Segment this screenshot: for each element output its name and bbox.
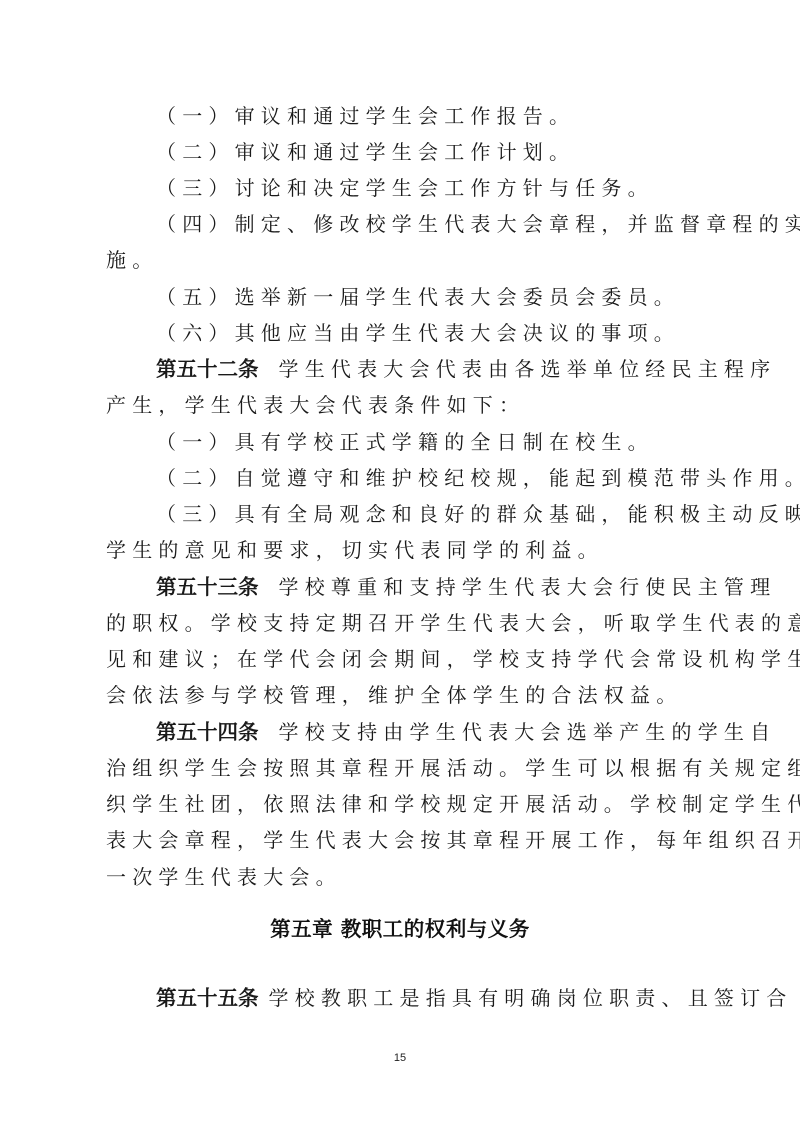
list-item: （四）制定、修改校学生代表大会章程，并监督章程的实 [156,206,800,242]
list-item: （六）其他应当由学生代表大会决议的事项。 [156,315,680,351]
article-heading: 第五十二条 [156,357,259,381]
article-heading: 第五十三条 [156,575,259,599]
list-item-text: 学生的意见和要求，切实代表同学的利益。 [106,538,604,562]
list-item-text: （二）自觉遵守和维护校纪校规，能起到模范带头作用。 [156,466,800,490]
article-line: 治组织学生会按照其章程开展活动。学生可以根据有关规定组 [106,750,800,786]
list-item-text: （一）审议和通过学生会工作报告。 [156,104,575,128]
list-item-continuation: 施。 [106,242,158,278]
article-53: 第五十三条学校尊重和支持学生代表大会行使民主管理 [156,569,776,605]
chapter-title: 第五章 教职工的权利与义务 [0,912,800,942]
list-item-text: （二）审议和通过学生会工作计划。 [156,140,575,164]
article-text: 学校尊重和支持学生代表大会行使民主管理 [279,575,777,599]
list-item: （一）审议和通过学生会工作报告。 [156,98,575,134]
list-item: （二）自觉遵守和维护校纪校规，能起到模范带头作用。 [156,460,800,496]
list-item-text: （四）制定、修改校学生代表大会章程，并监督章程的实 [156,212,800,236]
list-item: （三）具有全局观念和良好的群众基础，能积极主动反映 [156,496,800,532]
document-page: （一）审议和通过学生会工作报告。 （二）审议和通过学生会工作计划。 （三）讨论和… [0,0,800,1131]
article-line: 一次学生代表大会。 [106,859,342,895]
article-heading: 第五十五条 [156,986,259,1010]
page-number: 15 [0,1052,800,1064]
list-item-text: （六）其他应当由学生代表大会决议的事项。 [156,321,680,345]
list-item: （三）讨论和决定学生会工作方针与任务。 [156,170,654,206]
list-item-continuation: 学生的意见和要求，切实代表同学的利益。 [106,532,604,568]
article-line: 表大会章程，学生代表大会按其章程开展工作，每年组织召开 [106,822,800,858]
article-line: 产生，学生代表大会代表条件如下： [106,387,525,423]
article-54: 第五十四条学校支持由学生代表大会选举产生的学生自 [156,714,776,750]
article-line: 会依法参与学校管理，维护全体学生的合法权益。 [106,677,682,713]
article-55: 第五十五条学校教职工是指具有明确岗位职责、且签订合 [156,980,793,1016]
article-text: 见和建议；在学代会闭会期间，学校支持学代会常设机构学生 [106,647,800,671]
article-line: 的职权。学校支持定期召开学生代表大会，听取学生代表的意 [106,605,800,641]
article-heading: 第五十四条 [156,720,259,744]
list-item-text: （五）选举新一届学生代表大会委员会委员。 [156,285,680,309]
list-item-text: （一）具有学校正式学籍的全日制在校生。 [156,430,654,454]
article-text: 学校教职工是指具有明确岗位职责、且签订合 [269,986,793,1010]
article-text: 学校支持由学生代表大会选举产生的学生自 [279,720,777,744]
list-item-text: 施。 [106,248,158,272]
article-text: 的职权。学校支持定期召开学生代表大会，听取学生代表的意 [106,611,800,635]
article-text: 治组织学生会按照其章程开展活动。学生可以根据有关规定组 [106,756,800,780]
list-item-text: （三）讨论和决定学生会工作方针与任务。 [156,176,654,200]
article-line: 见和建议；在学代会闭会期间，学校支持学代会常设机构学生 [106,641,800,677]
list-item: （二）审议和通过学生会工作计划。 [156,134,575,170]
article-text: 一次学生代表大会。 [106,865,342,889]
article-text: 学生代表大会代表由各选举单位经民主程序 [279,357,777,381]
article-52: 第五十二条学生代表大会代表由各选举单位经民主程序 [156,351,776,387]
article-line: 织学生社团，依照法律和学校规定开展活动。学校制定学生代 [106,786,800,822]
article-text: 织学生社团，依照法律和学校规定开展活动。学校制定学生代 [106,792,800,816]
article-text: 表大会章程，学生代表大会按其章程开展工作，每年组织召开 [106,828,800,852]
article-text: 产生，学生代表大会代表条件如下： [106,393,525,417]
list-item-text: （三）具有全局观念和良好的群众基础，能积极主动反映 [156,502,800,526]
list-item: （一）具有学校正式学籍的全日制在校生。 [156,424,654,460]
article-text: 会依法参与学校管理，维护全体学生的合法权益。 [106,683,682,707]
list-item: （五）选举新一届学生代表大会委员会委员。 [156,279,680,315]
